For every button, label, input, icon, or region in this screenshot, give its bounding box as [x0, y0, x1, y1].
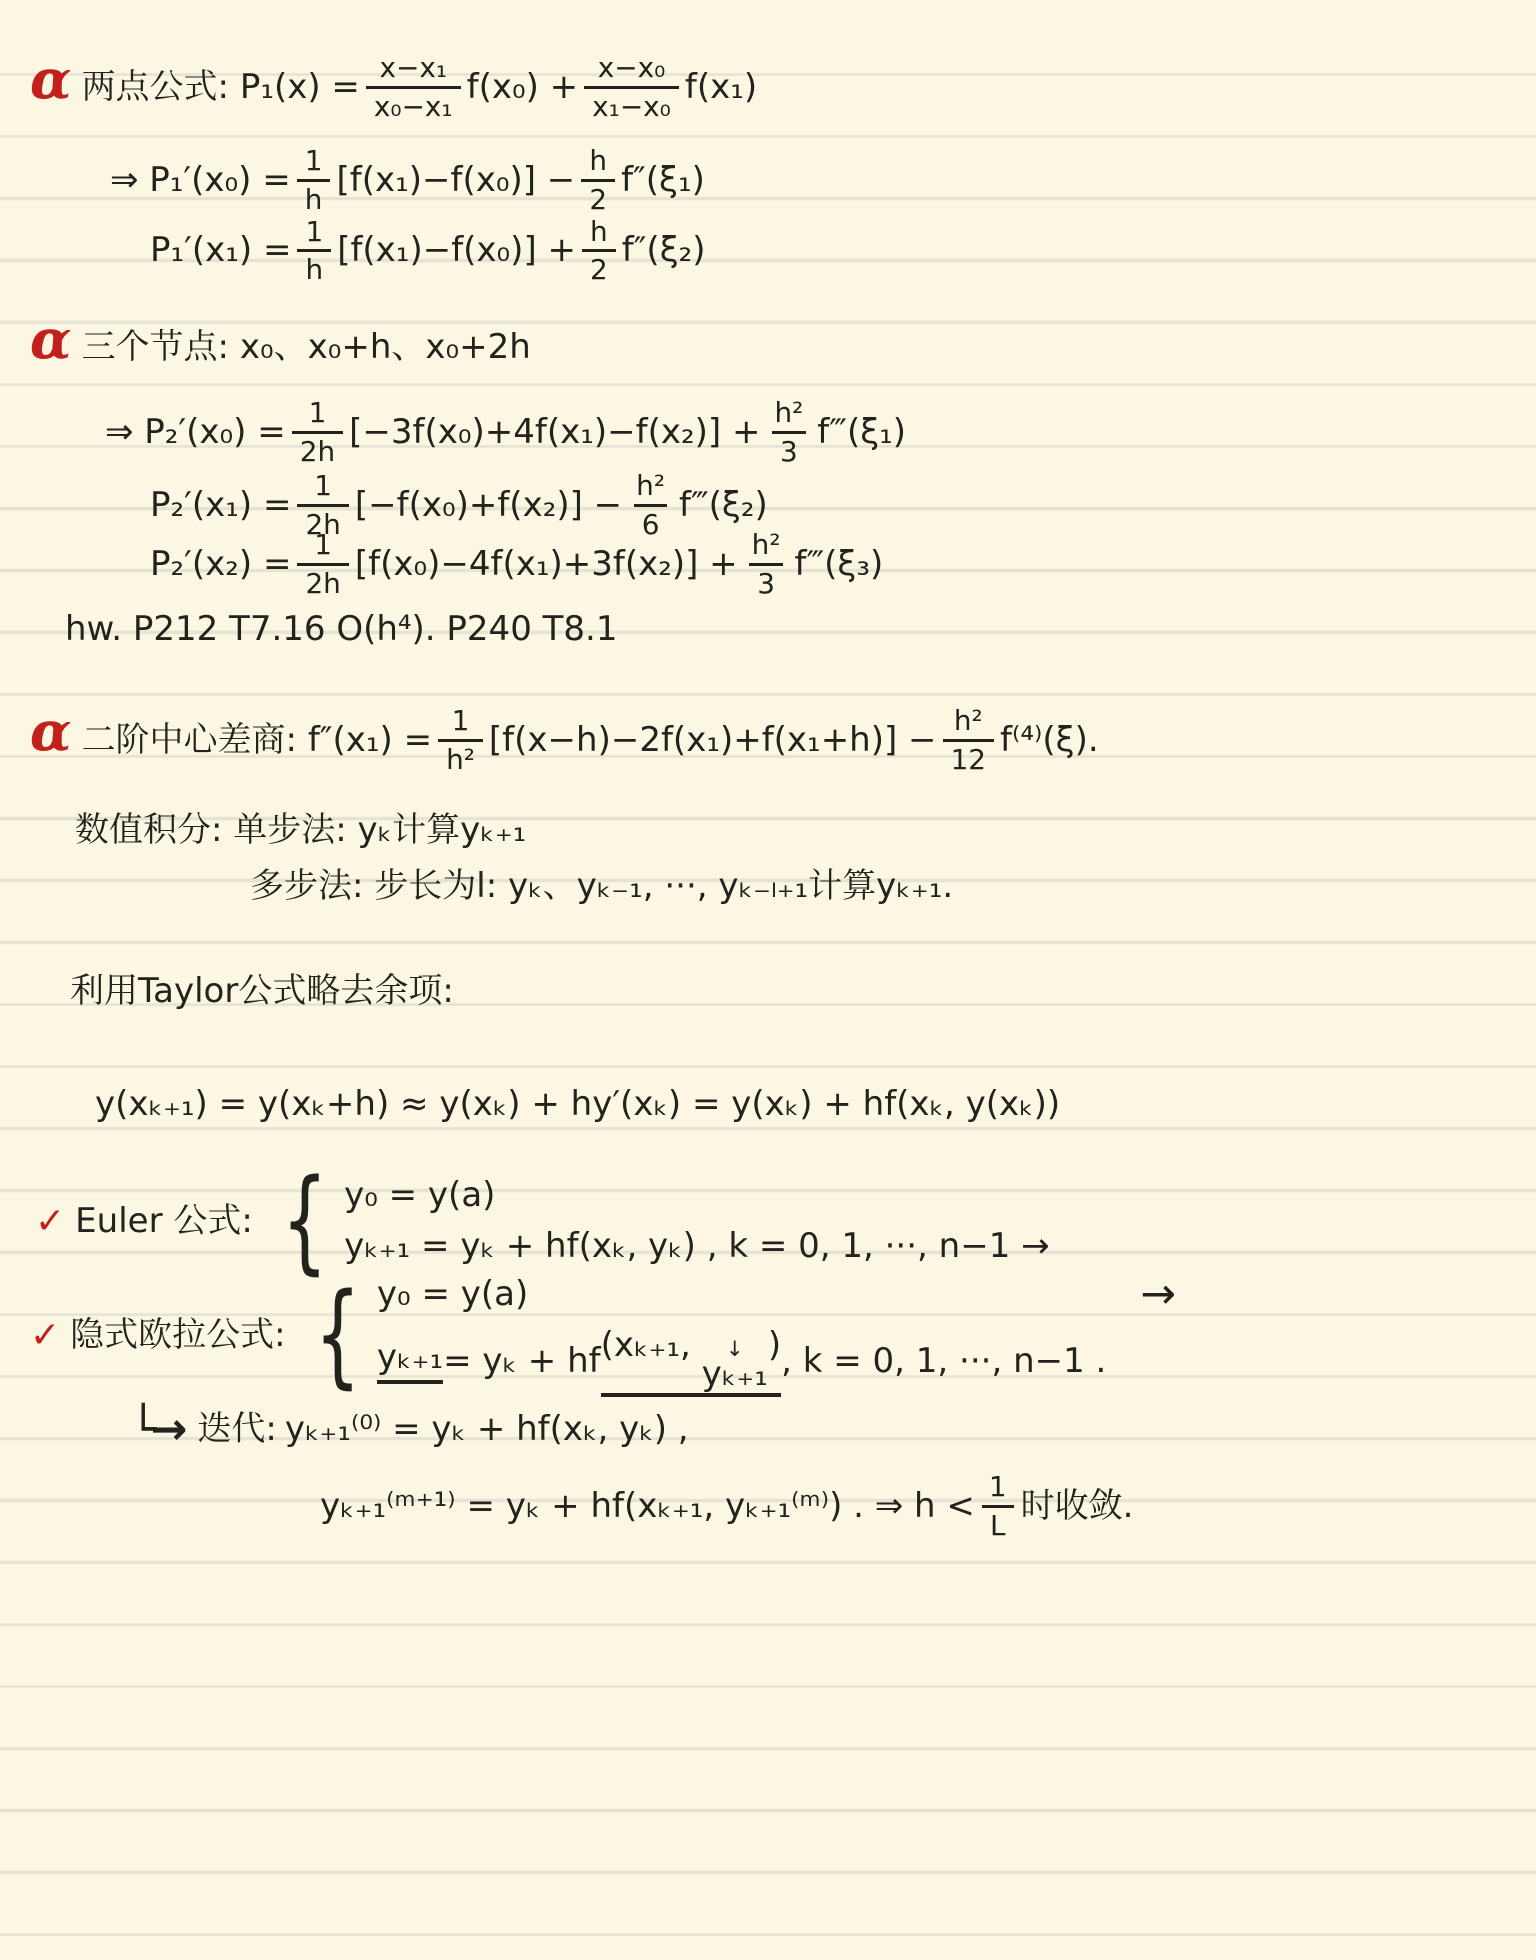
line-text: 两点公式: P₁(x) = x−x₁x₀−x₁ f(x₀) + x−x₀x₁−x… — [82, 52, 758, 123]
alpha-marker: α — [30, 710, 72, 753]
line-text: yₖ₊₁⁽ᵐ⁺¹⁾ = yₖ + hf(xₖ₊₁, yₖ₊₁⁽ᵐ⁾) . ⇒ h… — [320, 1471, 1133, 1542]
line-text: hw. P212 T7.16 O(h⁴). P240 T8.1 — [65, 610, 617, 649]
line-label: 隐式欧拉公式: — [70, 1316, 285, 1355]
iteration-initial: └→迭代: yₖ₊₁⁽⁰⁾ = yₖ + hf(xₖ, yₖ) , — [130, 1405, 1526, 1456]
underlined-term: (xₖ₊₁, ↓yₖ₊₁) — [601, 1326, 782, 1397]
numerical-single-step: 数值积分: 单步法: yₖ计算yₖ₊₁ — [75, 811, 1526, 850]
second-order-central-difference: α二阶中心差商: f″(x₁) = 1h² [f(x−h)−2f(x₁)+f(x… — [30, 705, 1526, 776]
fraction: 1h — [297, 216, 331, 287]
case-row: y₀ = y(a) — [377, 1275, 1106, 1314]
case-row: yₖ₊₁ = yₖ + hf(xₖ, yₖ) , k = 0, 1, ···, … — [344, 1227, 1050, 1266]
fraction: x−x₀x₁−x₀ — [584, 52, 679, 123]
line-text: y(xₖ₊₁) = y(xₖ+h) ≈ y(xₖ) + hy′(xₖ) = y(… — [95, 1085, 1060, 1124]
brace: { — [314, 1288, 360, 1383]
line-text: P₂′(x₂) = 12h [f(x₀)−4f(x₁)+3f(x₂)] + h²… — [150, 529, 883, 600]
p2-derivative-x0: ⇒ P₂′(x₀) = 12h [−3f(x₀)+4f(x₁)−f(x₂)] +… — [105, 397, 1526, 468]
fraction: h2 — [582, 216, 616, 287]
line-text: 数值积分: 单步法: yₖ计算yₖ₊₁ — [75, 811, 526, 850]
brace: { — [281, 1174, 327, 1269]
elbow-arrow: └→ — [130, 1405, 181, 1456]
line-label: Euler 公式: — [75, 1202, 253, 1241]
fraction: 1h — [297, 145, 331, 216]
case-row: y₀ = y(a) — [344, 1176, 1050, 1215]
fraction: 1h² — [438, 705, 483, 776]
fraction: 1L — [981, 1471, 1015, 1542]
euler-formula: ✓Euler 公式: {y₀ = y(a)yₖ₊₁ = yₖ + hf(xₖ, … — [35, 1174, 1526, 1269]
numerical-multi-step: 多步法: 步长为l: yₖ、yₖ₋₁, ···, yₖ₋ₗ₊₁计算yₖ₊₁. — [250, 867, 1526, 906]
line-text: 三个节点: x₀、x₀+h、x₀+2h — [82, 328, 531, 367]
line-text: 利用Taylor公式略去余项: — [70, 972, 454, 1011]
fraction: h²3 — [766, 397, 811, 468]
fraction: 12h — [297, 529, 348, 600]
line-text: P₁′(x₁) = 1h [f(x₁)−f(x₀)] + h2 f″(ξ₂) — [150, 216, 706, 287]
notebook-page: α两点公式: P₁(x) = x−x₁x₀−x₁ f(x₀) + x−x₀x₁−… — [0, 0, 1536, 1960]
implicit-euler-formula: ✓隐式欧拉公式: {y₀ = y(a)yₖ₊₁ = yₖ + hf(xₖ₊₁, … — [30, 1275, 1526, 1397]
cases-system: {y₀ = y(a)yₖ₊₁ = yₖ + hf(xₖ, yₖ) , k = 0… — [261, 1174, 1050, 1269]
fraction: 12h — [292, 397, 343, 468]
fraction: h²12 — [943, 705, 994, 776]
p2-derivative-x2: P₂′(x₂) = 12h [f(x₀)−4f(x₁)+3f(x₂)] + h²… — [150, 529, 1526, 600]
handwritten-notes: α两点公式: P₁(x) = x−x₁x₀−x₁ f(x₀) + x−x₀x₁−… — [0, 0, 1536, 1542]
three-nodes: α三个节点: x₀、x₀+h、x₀+2h — [30, 328, 1526, 367]
alpha-marker: α — [30, 318, 72, 361]
two-point-formula: α两点公式: P₁(x) = x−x₁x₀−x₁ f(x₀) + x−x₀x₁−… — [30, 52, 1526, 123]
cases-system: {y₀ = y(a)yₖ₊₁ = yₖ + hf(xₖ₊₁, ↓yₖ₊₁) , … — [294, 1275, 1107, 1397]
over-arrow-mark: ↓yₖ₊₁ — [702, 1340, 768, 1390]
right-arrow: → — [1140, 1271, 1176, 1320]
underlined-term: yₖ₊₁ — [377, 1338, 443, 1384]
line-label: 迭代: — [197, 1410, 276, 1449]
check-icon: ✓ — [35, 1201, 65, 1242]
line-text: ⇒ P₂′(x₀) = 12h [−3f(x₀)+4f(x₁)−f(x₂)] +… — [105, 397, 906, 468]
line-text: 多步法: 步长为l: yₖ、yₖ₋₁, ···, yₖ₋ₗ₊₁计算yₖ₊₁. — [250, 867, 953, 906]
p1-derivative-x0: ⇒ P₁′(x₀) = 1h [f(x₁)−f(x₀)] − h2 f″(ξ₁) — [110, 145, 1526, 216]
fraction: h²3 — [744, 529, 789, 600]
check-icon: ✓ — [30, 1315, 60, 1356]
line-text: yₖ₊₁⁽⁰⁾ = yₖ + hf(xₖ, yₖ) , — [285, 1410, 689, 1449]
line-text: 二阶中心差商: f″(x₁) = 1h² [f(x−h)−2f(x₁)+f(x₁… — [82, 705, 1099, 776]
taylor-note: 利用Taylor公式略去余项: — [70, 972, 1526, 1011]
fraction: h2 — [581, 145, 615, 216]
p1-derivative-x1: P₁′(x₁) = 1h [f(x₁)−f(x₀)] + h2 f″(ξ₂) — [150, 216, 1526, 287]
taylor-expansion: y(xₖ₊₁) = y(xₖ+h) ≈ y(xₖ) + hy′(xₖ) = y(… — [95, 1085, 1526, 1124]
line-text: ⇒ P₁′(x₀) = 1h [f(x₁)−f(x₀)] − h2 f″(ξ₁) — [110, 145, 705, 216]
iteration-step-convergence: yₖ₊₁⁽ᵐ⁺¹⁾ = yₖ + hf(xₖ₊₁, yₖ₊₁⁽ᵐ⁾) . ⇒ h… — [320, 1471, 1526, 1542]
fraction: x−x₁x₀−x₁ — [366, 52, 461, 123]
alpha-marker: α — [30, 58, 72, 101]
case-row: yₖ₊₁ = yₖ + hf(xₖ₊₁, ↓yₖ₊₁) , k = 0, 1, … — [377, 1326, 1106, 1397]
homework: hw. P212 T7.16 O(h⁴). P240 T8.1 — [65, 610, 1526, 649]
